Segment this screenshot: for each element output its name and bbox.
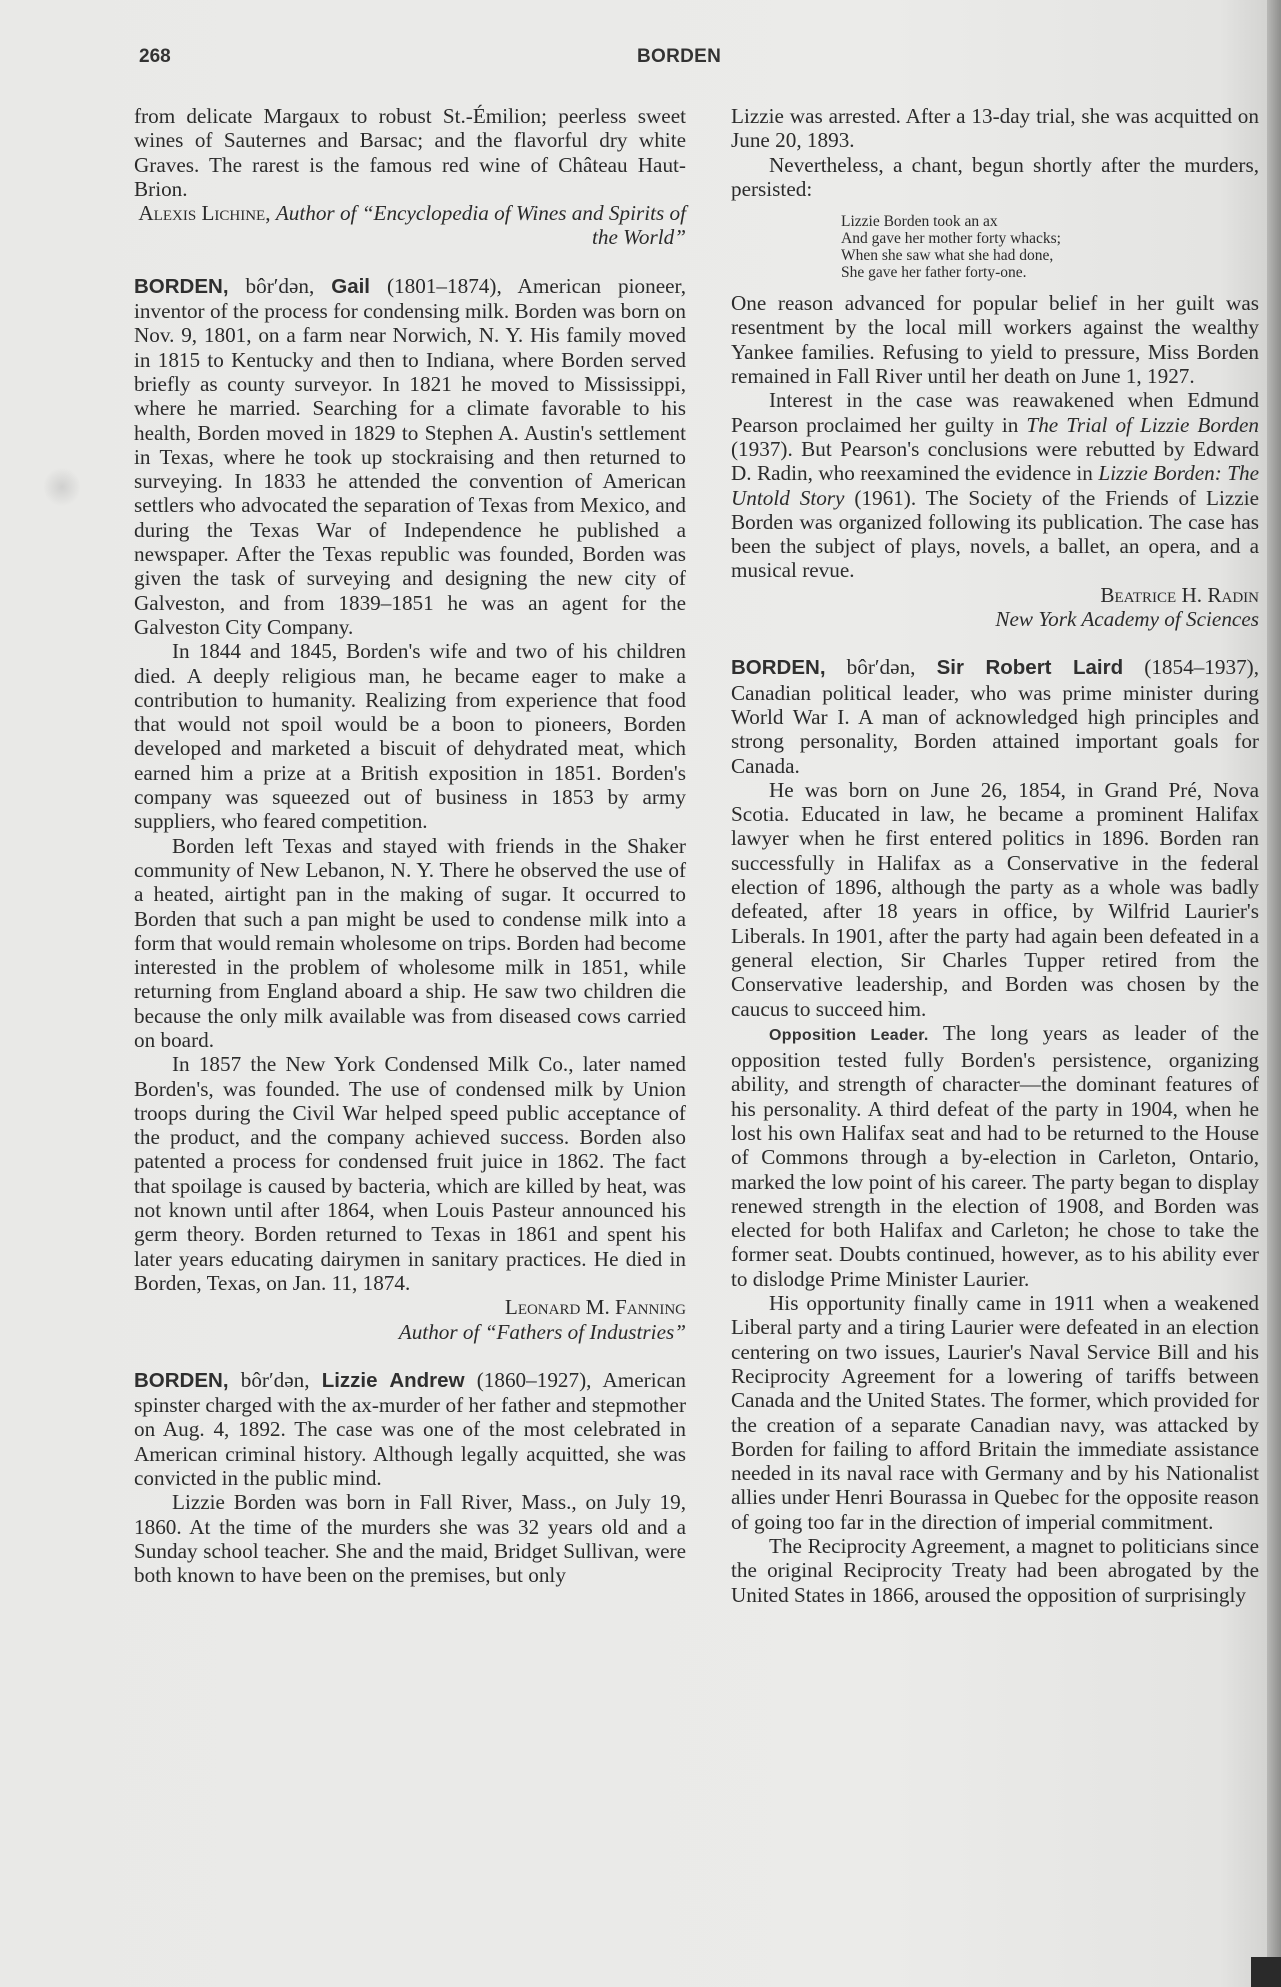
page-corner	[1251, 1957, 1281, 1987]
author-title: New York Academy of Sciences	[995, 607, 1259, 631]
pronunciation: bôr′dən,	[241, 1368, 310, 1392]
entry-name: Gail	[331, 275, 370, 298]
right-column: Lizzie was arrested. After a 13-day tria…	[731, 104, 1259, 1607]
paragraph: The Reciprocity Agreement, a magnet to p…	[731, 1534, 1259, 1607]
author-title: Author of “Fathers of Industries”	[399, 1320, 686, 1344]
paragraph: He was born on June 26, 1854, in Grand P…	[731, 778, 1259, 1021]
lizzie-entry-author: Beatrice H. Radin New York Academy of Sc…	[731, 583, 1259, 632]
paragraph: Interest in the case was reawakened when…	[731, 388, 1259, 582]
verse-line: When she saw what she had done,	[841, 247, 1259, 264]
paragraph: Lizzie Borden was born in Fall River, Ma…	[134, 1490, 686, 1587]
verse-line: Lizzie Borden took an ax	[841, 213, 1259, 230]
entry-gail-borden: BORDEN, bôr′dən, Gail (1801–1874), Ameri…	[134, 274, 686, 639]
author-title: Author of “Encyclopedia of Wines and Spi…	[276, 201, 686, 249]
paragraph: Lizzie was arrested. After a 13-day tria…	[731, 104, 1259, 153]
section-heading: Opposition Leader.	[769, 1027, 929, 1044]
paragraph: Nevertheless, a chant, begun shortly aft…	[731, 153, 1259, 202]
page-edge-shadow	[1267, 0, 1281, 1987]
gail-entry-author: Leonard M. Fanning Author of “Fathers of…	[134, 1295, 686, 1344]
author-name: Leonard M. Fanning	[505, 1295, 686, 1319]
page-number: 268	[139, 46, 171, 68]
entry-headword: BORDEN,	[731, 656, 826, 679]
entry-name: Lizzie Andrew	[322, 1369, 465, 1392]
pronunciation: bôr′dən,	[246, 274, 315, 298]
paragraph: Opposition Leader. The long years as lea…	[731, 1021, 1259, 1291]
paragraph: One reason advanced for popular belief i…	[731, 291, 1259, 388]
paragraph: His opportunity finally came in 1911 whe…	[731, 1291, 1259, 1534]
page-smudge	[44, 466, 80, 508]
entry-lead-text: (1801–1874), American pioneer, inventor …	[134, 274, 686, 639]
entry-robert-borden: BORDEN, bôr′dən, Sir Robert Laird (1854–…	[731, 655, 1259, 777]
verse-line: She gave her father forty-one.	[841, 264, 1259, 281]
paragraph: In 1844 and 1845, Borden's wife and two …	[134, 639, 686, 833]
entry-headword: BORDEN,	[134, 1369, 229, 1392]
entry-name: Sir Robert Laird	[937, 656, 1124, 679]
pronunciation: bôr′dən,	[847, 655, 916, 679]
book-title: The Trial of Lizzie Borden	[1026, 413, 1259, 437]
paragraph: In 1857 the New York Condensed Milk Co.,…	[134, 1052, 686, 1295]
verse-line: And gave her mother forty whacks;	[841, 230, 1259, 247]
running-head: BORDEN	[637, 46, 721, 68]
left-column: from delicate Margaux to robust St.-Émil…	[134, 104, 686, 1588]
entry-lizzie-borden: BORDEN, bôr′dən, Lizzie Andrew (1860–192…	[134, 1368, 686, 1490]
author-name: Alexis Lichine,	[138, 201, 270, 225]
chant-verse: Lizzie Borden took an ax And gave her mo…	[841, 213, 1259, 281]
entry-headword: BORDEN,	[134, 275, 229, 298]
author-name: Beatrice H. Radin	[1100, 583, 1259, 607]
wine-entry-author: Alexis Lichine, Author of “Encyclopedia …	[134, 201, 686, 250]
wine-entry-continuation: from delicate Margaux to robust St.-Émil…	[134, 104, 686, 201]
paragraph: Borden left Texas and stayed with friend…	[134, 834, 686, 1053]
book-page: 268 BORDEN from delicate Margaux to robu…	[0, 0, 1270, 1987]
text-run: The long years as leader of the oppositi…	[731, 1021, 1259, 1291]
